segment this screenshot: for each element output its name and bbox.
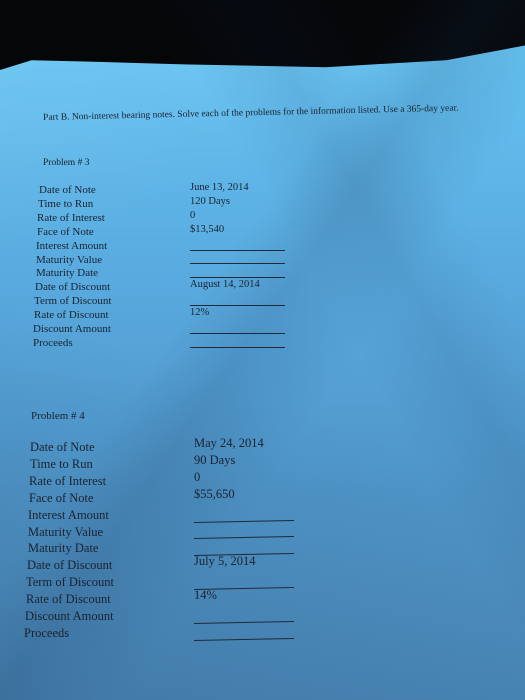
field-label: Date of Note [39, 184, 96, 196]
field-label: Date of Discount [27, 558, 112, 573]
field-label: Face of Note [37, 226, 94, 238]
field-value: 120 Days [190, 196, 230, 207]
answer-blank[interactable] [190, 250, 285, 251]
answer-blank[interactable] [190, 277, 285, 278]
field-value: 12% [190, 307, 209, 318]
field-label: Discount Amount [33, 323, 111, 335]
field-value: 0 [194, 470, 200, 485]
field-label: Time to Run [38, 198, 93, 210]
field-label: Proceeds [24, 626, 69, 641]
field-label: Discount Amount [25, 609, 114, 624]
problem-title: Problem # 3 [43, 158, 89, 168]
field-label: Date of Discount [35, 281, 110, 293]
field-label: Term of Discount [26, 575, 114, 590]
field-value: July 5, 2014 [194, 554, 255, 569]
field-value: $55,650 [194, 487, 235, 502]
field-label: Interest Amount [36, 240, 107, 252]
field-label: Term of Discount [34, 295, 111, 307]
answer-blank[interactable] [190, 347, 285, 348]
field-value: May 24, 2014 [194, 436, 264, 451]
field-value: 90 Days [194, 453, 235, 468]
field-label: Interest Amount [28, 508, 109, 523]
answer-blank[interactable] [190, 333, 285, 334]
field-label: Proceeds [33, 337, 73, 349]
field-label: Rate of Discount [26, 592, 111, 607]
field-label: Maturity Date [36, 267, 98, 279]
field-label: Rate of Discount [34, 309, 109, 321]
field-value: June 13, 2014 [190, 182, 249, 193]
field-value: 14% [194, 588, 217, 603]
field-value: 0 [190, 210, 195, 221]
field-label: Maturity Date [28, 541, 98, 556]
field-value: $13,540 [190, 224, 224, 235]
answer-blank[interactable] [190, 263, 285, 264]
field-label: Date of Note [30, 440, 95, 455]
problem-title: Problem # 4 [31, 410, 85, 422]
field-label: Maturity Value [28, 525, 103, 540]
field-label: Time to Run [30, 457, 93, 472]
field-label: Maturity Value [36, 254, 102, 266]
field-label: Face of Note [29, 491, 94, 506]
field-value: August 14, 2014 [190, 279, 260, 290]
field-label: Rate of Interest [37, 212, 105, 224]
answer-blank[interactable] [190, 305, 285, 306]
field-label: Rate of Interest [29, 474, 106, 489]
